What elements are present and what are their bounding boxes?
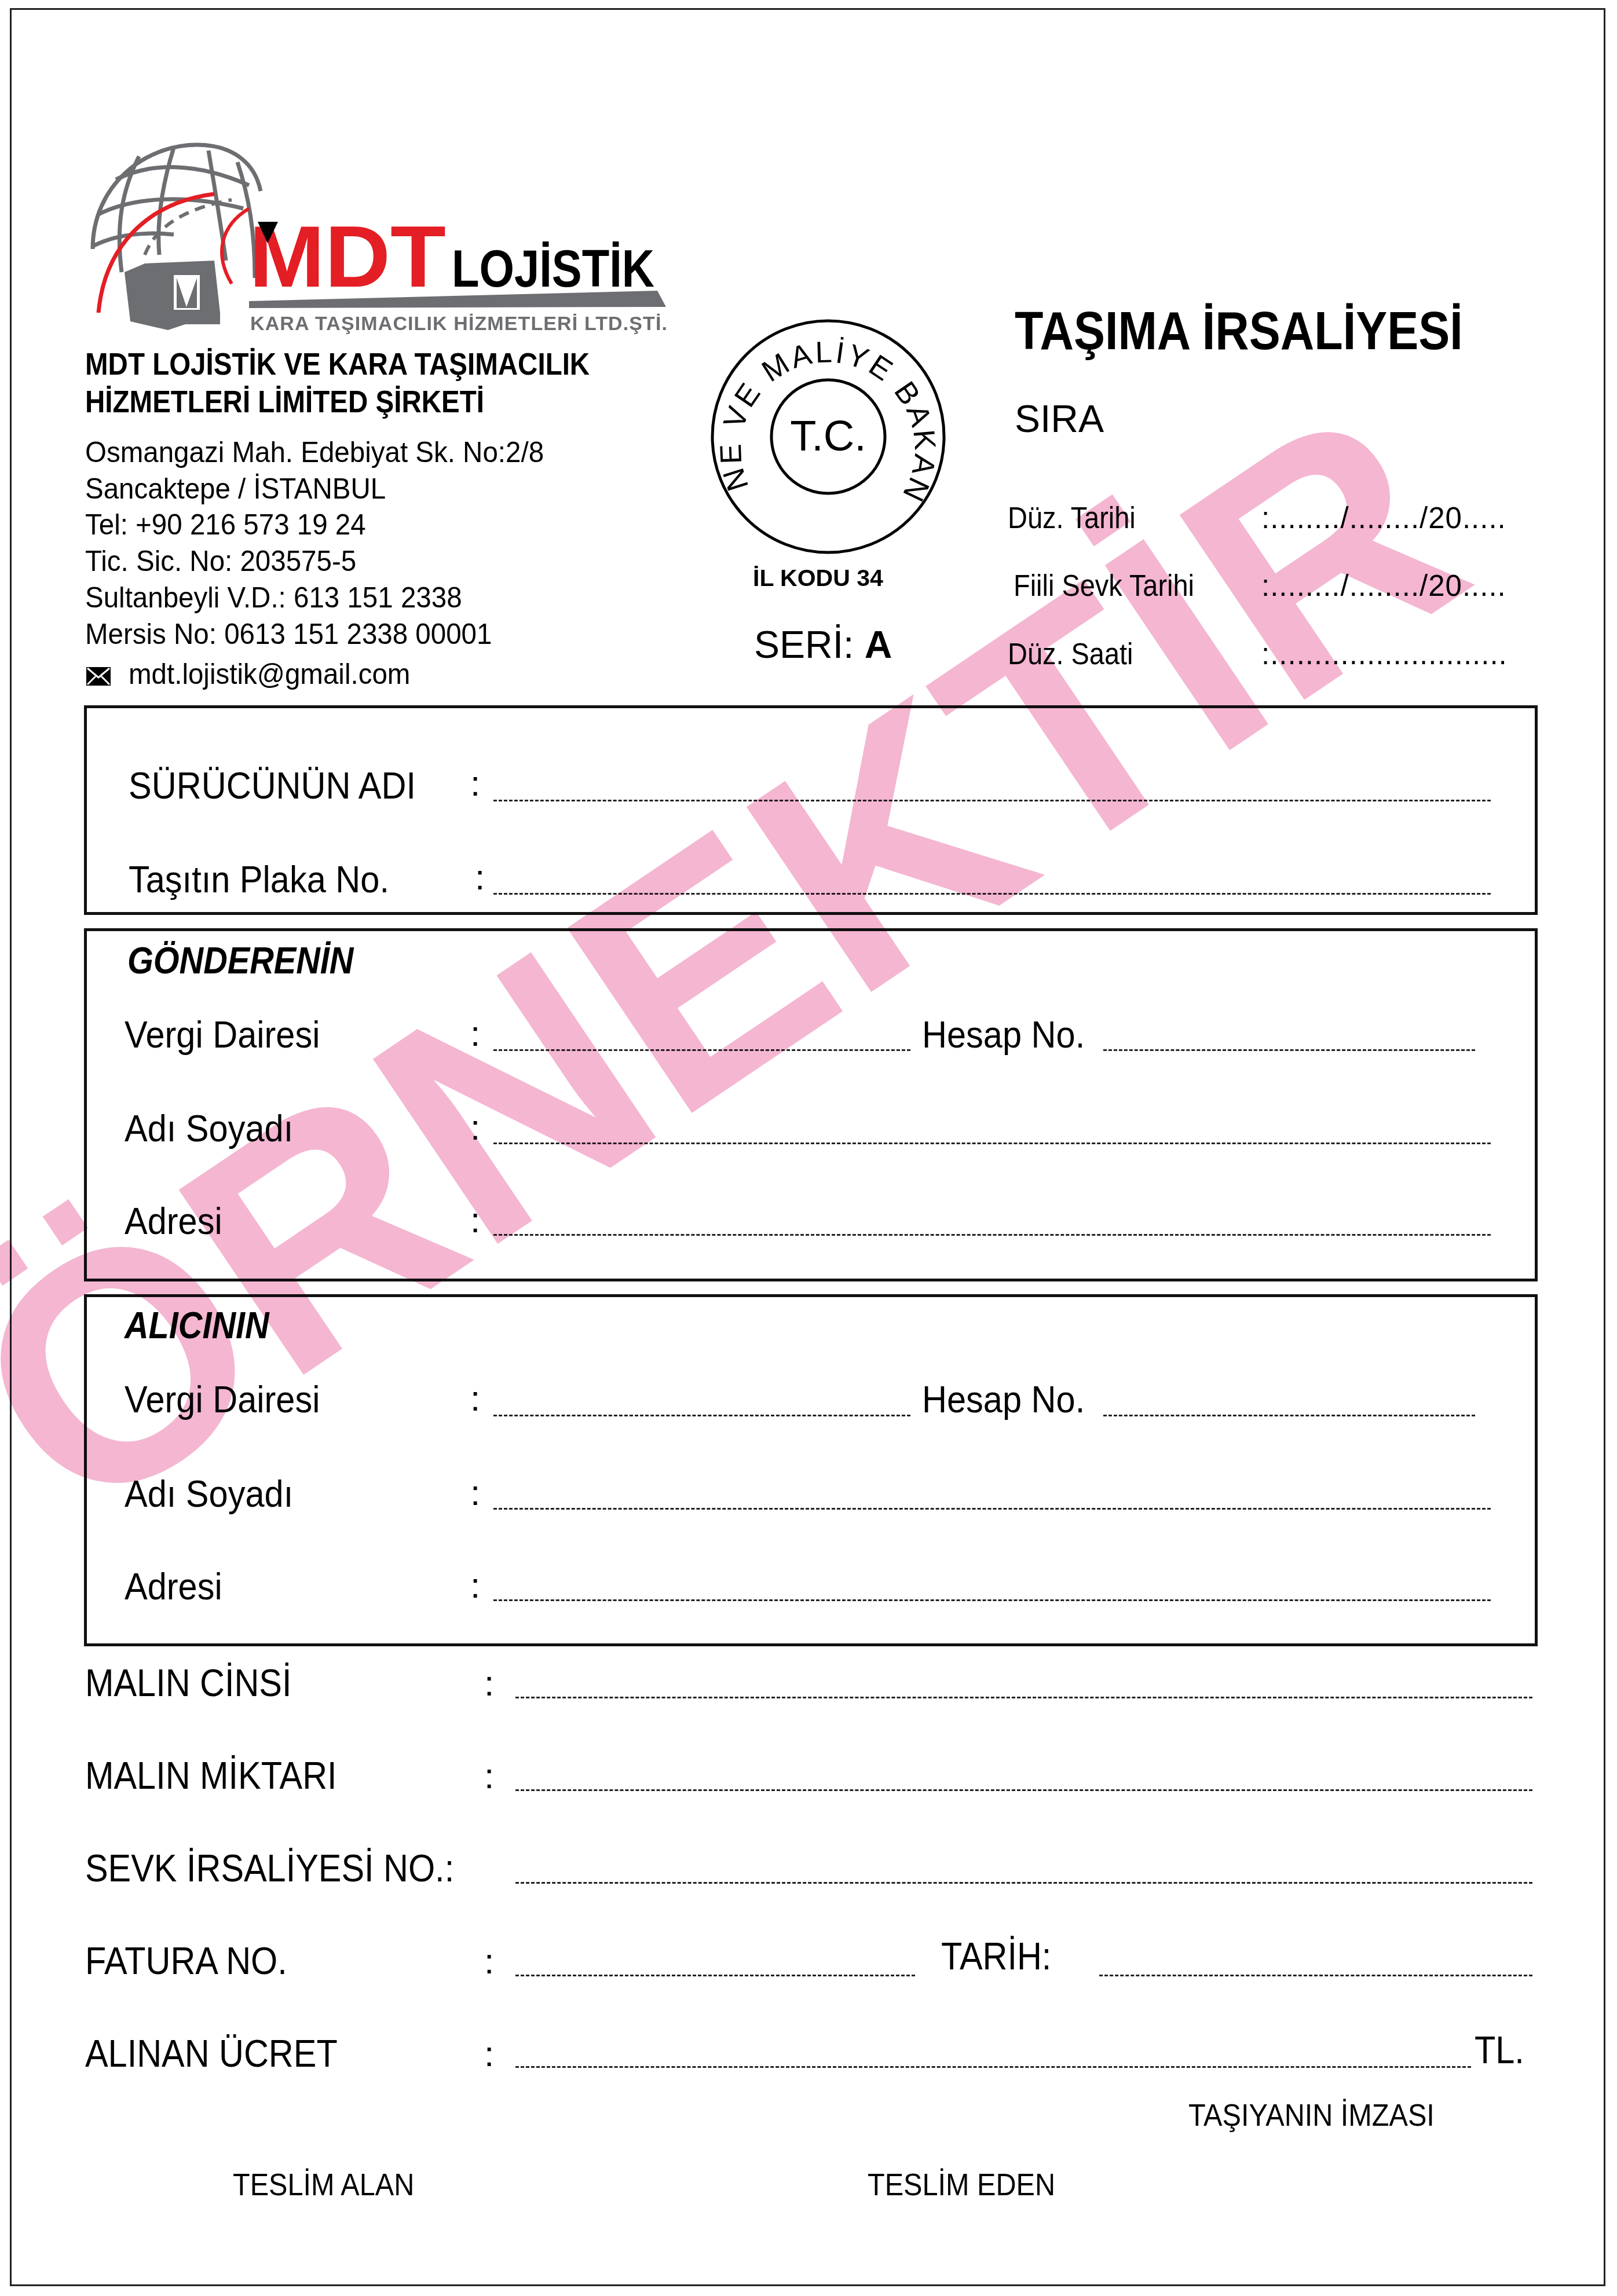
- receiver-address-label: Adresi: [125, 1565, 222, 1608]
- delivered-by-label: TESLİM EDEN: [868, 2167, 1055, 2203]
- actual-dispatch-date-field[interactable]: :......../......../20.....: [1261, 569, 1506, 603]
- goods-quantity-label: MALIN MİKTARI: [85, 1753, 337, 1797]
- driver-name-field[interactable]: [493, 800, 1491, 801]
- plate-colon: :: [475, 857, 485, 898]
- fee-label: ALINAN ÜCRET: [85, 2031, 338, 2075]
- svg-text:MDT: MDT: [249, 208, 446, 305]
- company-tax-office: Sultanbeyli V.D.: 613 151 2338: [85, 581, 462, 614]
- fee-colon: :: [484, 2034, 494, 2075]
- svg-text:KARA TAŞIMACILIK HİZMETLERİ LT: KARA TAŞIMACILIK HİZMETLERİ LTD.ŞTİ.: [250, 313, 667, 335]
- company-name-line2: HİZMETLERİ LİMİTED ŞİRKETİ: [85, 384, 484, 420]
- receiver-address-field[interactable]: [493, 1599, 1491, 1601]
- goods-type-label: MALIN CİNSİ: [85, 1661, 291, 1705]
- truck-icon: [125, 261, 220, 330]
- invoice-date-label: TARİH:: [941, 1934, 1051, 1978]
- company-phone: Tel: +90 216 573 19 24: [85, 508, 366, 541]
- sender-name-field[interactable]: [493, 1142, 1491, 1144]
- company-logo: MDT LOJİSTİK KARA TAŞIMACILIK HİZMETLERİ…: [81, 139, 736, 336]
- sender-address-colon: :: [470, 1200, 480, 1241]
- sender-name-colon: :: [470, 1107, 480, 1148]
- invoice-date-field[interactable]: [1099, 1975, 1532, 1976]
- actual-dispatch-date-label: Fiili Sevk Tarihi: [1014, 569, 1194, 603]
- company-trade-registry: Tic. Sic. No: 203575-5: [85, 544, 356, 578]
- svg-text:LOJİSTİK: LOJİSTİK: [452, 240, 654, 298]
- dispatch-note-no-label: SEVK İRSALİYESİ NO.:: [85, 1846, 454, 1890]
- goods-type-field[interactable]: [515, 1697, 1532, 1698]
- envelope-icon: [85, 666, 112, 687]
- sender-account-label: Hesap No.: [922, 1013, 1085, 1056]
- receiver-tax-office-label: Vergi Dairesi: [125, 1378, 320, 1421]
- invoice-no-field[interactable]: [515, 1975, 915, 1976]
- sender-tax-office-label: Vergi Dairesi: [125, 1013, 320, 1056]
- company-mersis: Mersis No: 0613 151 2338 00001: [85, 617, 492, 651]
- dispatch-note-no-field[interactable]: [515, 1882, 1532, 1884]
- receiver-account-field[interactable]: [1103, 1415, 1475, 1416]
- receiver-name-field[interactable]: [493, 1508, 1491, 1510]
- sira-label: SIRA: [1015, 397, 1104, 441]
- receiver-address-colon: :: [470, 1565, 480, 1606]
- carrier-signature-label: TAŞIYANIN İMZASI: [1188, 2097, 1435, 2133]
- invoice-no-label: FATURA NO.: [85, 1939, 287, 1983]
- received-by-label: TESLİM ALAN: [233, 2167, 414, 2203]
- seri: SERİ: A: [754, 622, 892, 667]
- receiver-name-colon: :: [470, 1473, 480, 1514]
- receiver-section: [84, 1294, 1538, 1646]
- globe-icon: [93, 145, 261, 278]
- company-address-line2: Sancaktepe / İSTANBUL: [85, 472, 386, 506]
- document-title: TAŞIMA İRSALİYESİ: [1015, 301, 1463, 362]
- driver-name-colon: :: [470, 763, 480, 804]
- issue-time-label: Düz. Saati: [1008, 637, 1133, 671]
- issue-date-label: Düz. Tarihi: [1008, 501, 1136, 535]
- issue-time-field[interactable]: :...........................: [1261, 637, 1508, 671]
- plate-label: Taşıtın Plaka No.: [129, 858, 389, 901]
- sender-address-label: Adresi: [125, 1200, 222, 1243]
- sender-address-field[interactable]: [493, 1234, 1491, 1236]
- receiver-tax-office-field[interactable]: [493, 1415, 910, 1416]
- receiver-tax-office-colon: :: [470, 1378, 480, 1419]
- invoice-no-colon: :: [484, 1941, 494, 1982]
- brand-wordmark: MDT LOJİSTİK KARA TAŞIMACILIK HİZMETLERİ…: [249, 208, 667, 335]
- company-email: mdt.lojistik@gmail.com: [129, 657, 410, 691]
- road-red-arc-2: [222, 208, 249, 284]
- company-name-line1: MDT LOJİSTİK VE KARA TAŞIMACILIK: [85, 346, 590, 382]
- seri-value: A: [865, 623, 892, 666]
- seri-label: SERİ:: [754, 623, 854, 666]
- ministry-stamp: T.C. HAZİNE VE MALİYE BAKANLIĞI: [708, 316, 949, 557]
- sender-tax-office-colon: :: [470, 1013, 480, 1054]
- plate-field[interactable]: [493, 893, 1491, 895]
- sender-name-label: Adı Soyadı: [125, 1107, 293, 1150]
- sender-heading: GÖNDERENİN: [127, 939, 353, 982]
- sender-account-field[interactable]: [1103, 1049, 1475, 1051]
- receiver-heading: ALICININ: [125, 1304, 269, 1347]
- goods-type-colon: :: [484, 1663, 494, 1704]
- sender-tax-office-field[interactable]: [493, 1049, 910, 1051]
- il-kodu: İL KODU 34: [753, 565, 883, 592]
- company-address-line1: Osmangazi Mah. Edebiyat Sk. No:2/8: [85, 435, 544, 469]
- goods-quantity-field[interactable]: [515, 1789, 1532, 1791]
- stamp-center-text: T.C.: [790, 412, 866, 460]
- goods-quantity-colon: :: [484, 1756, 494, 1797]
- fee-field[interactable]: [515, 2066, 1471, 2068]
- driver-name-label: SÜRÜCÜNÜN ADI: [129, 764, 416, 807]
- currency-label: TL.: [1475, 2028, 1524, 2072]
- receiver-account-label: Hesap No.: [922, 1378, 1085, 1421]
- issue-date-field[interactable]: :......../......../20.....: [1261, 501, 1506, 535]
- receiver-name-label: Adı Soyadı: [125, 1473, 293, 1515]
